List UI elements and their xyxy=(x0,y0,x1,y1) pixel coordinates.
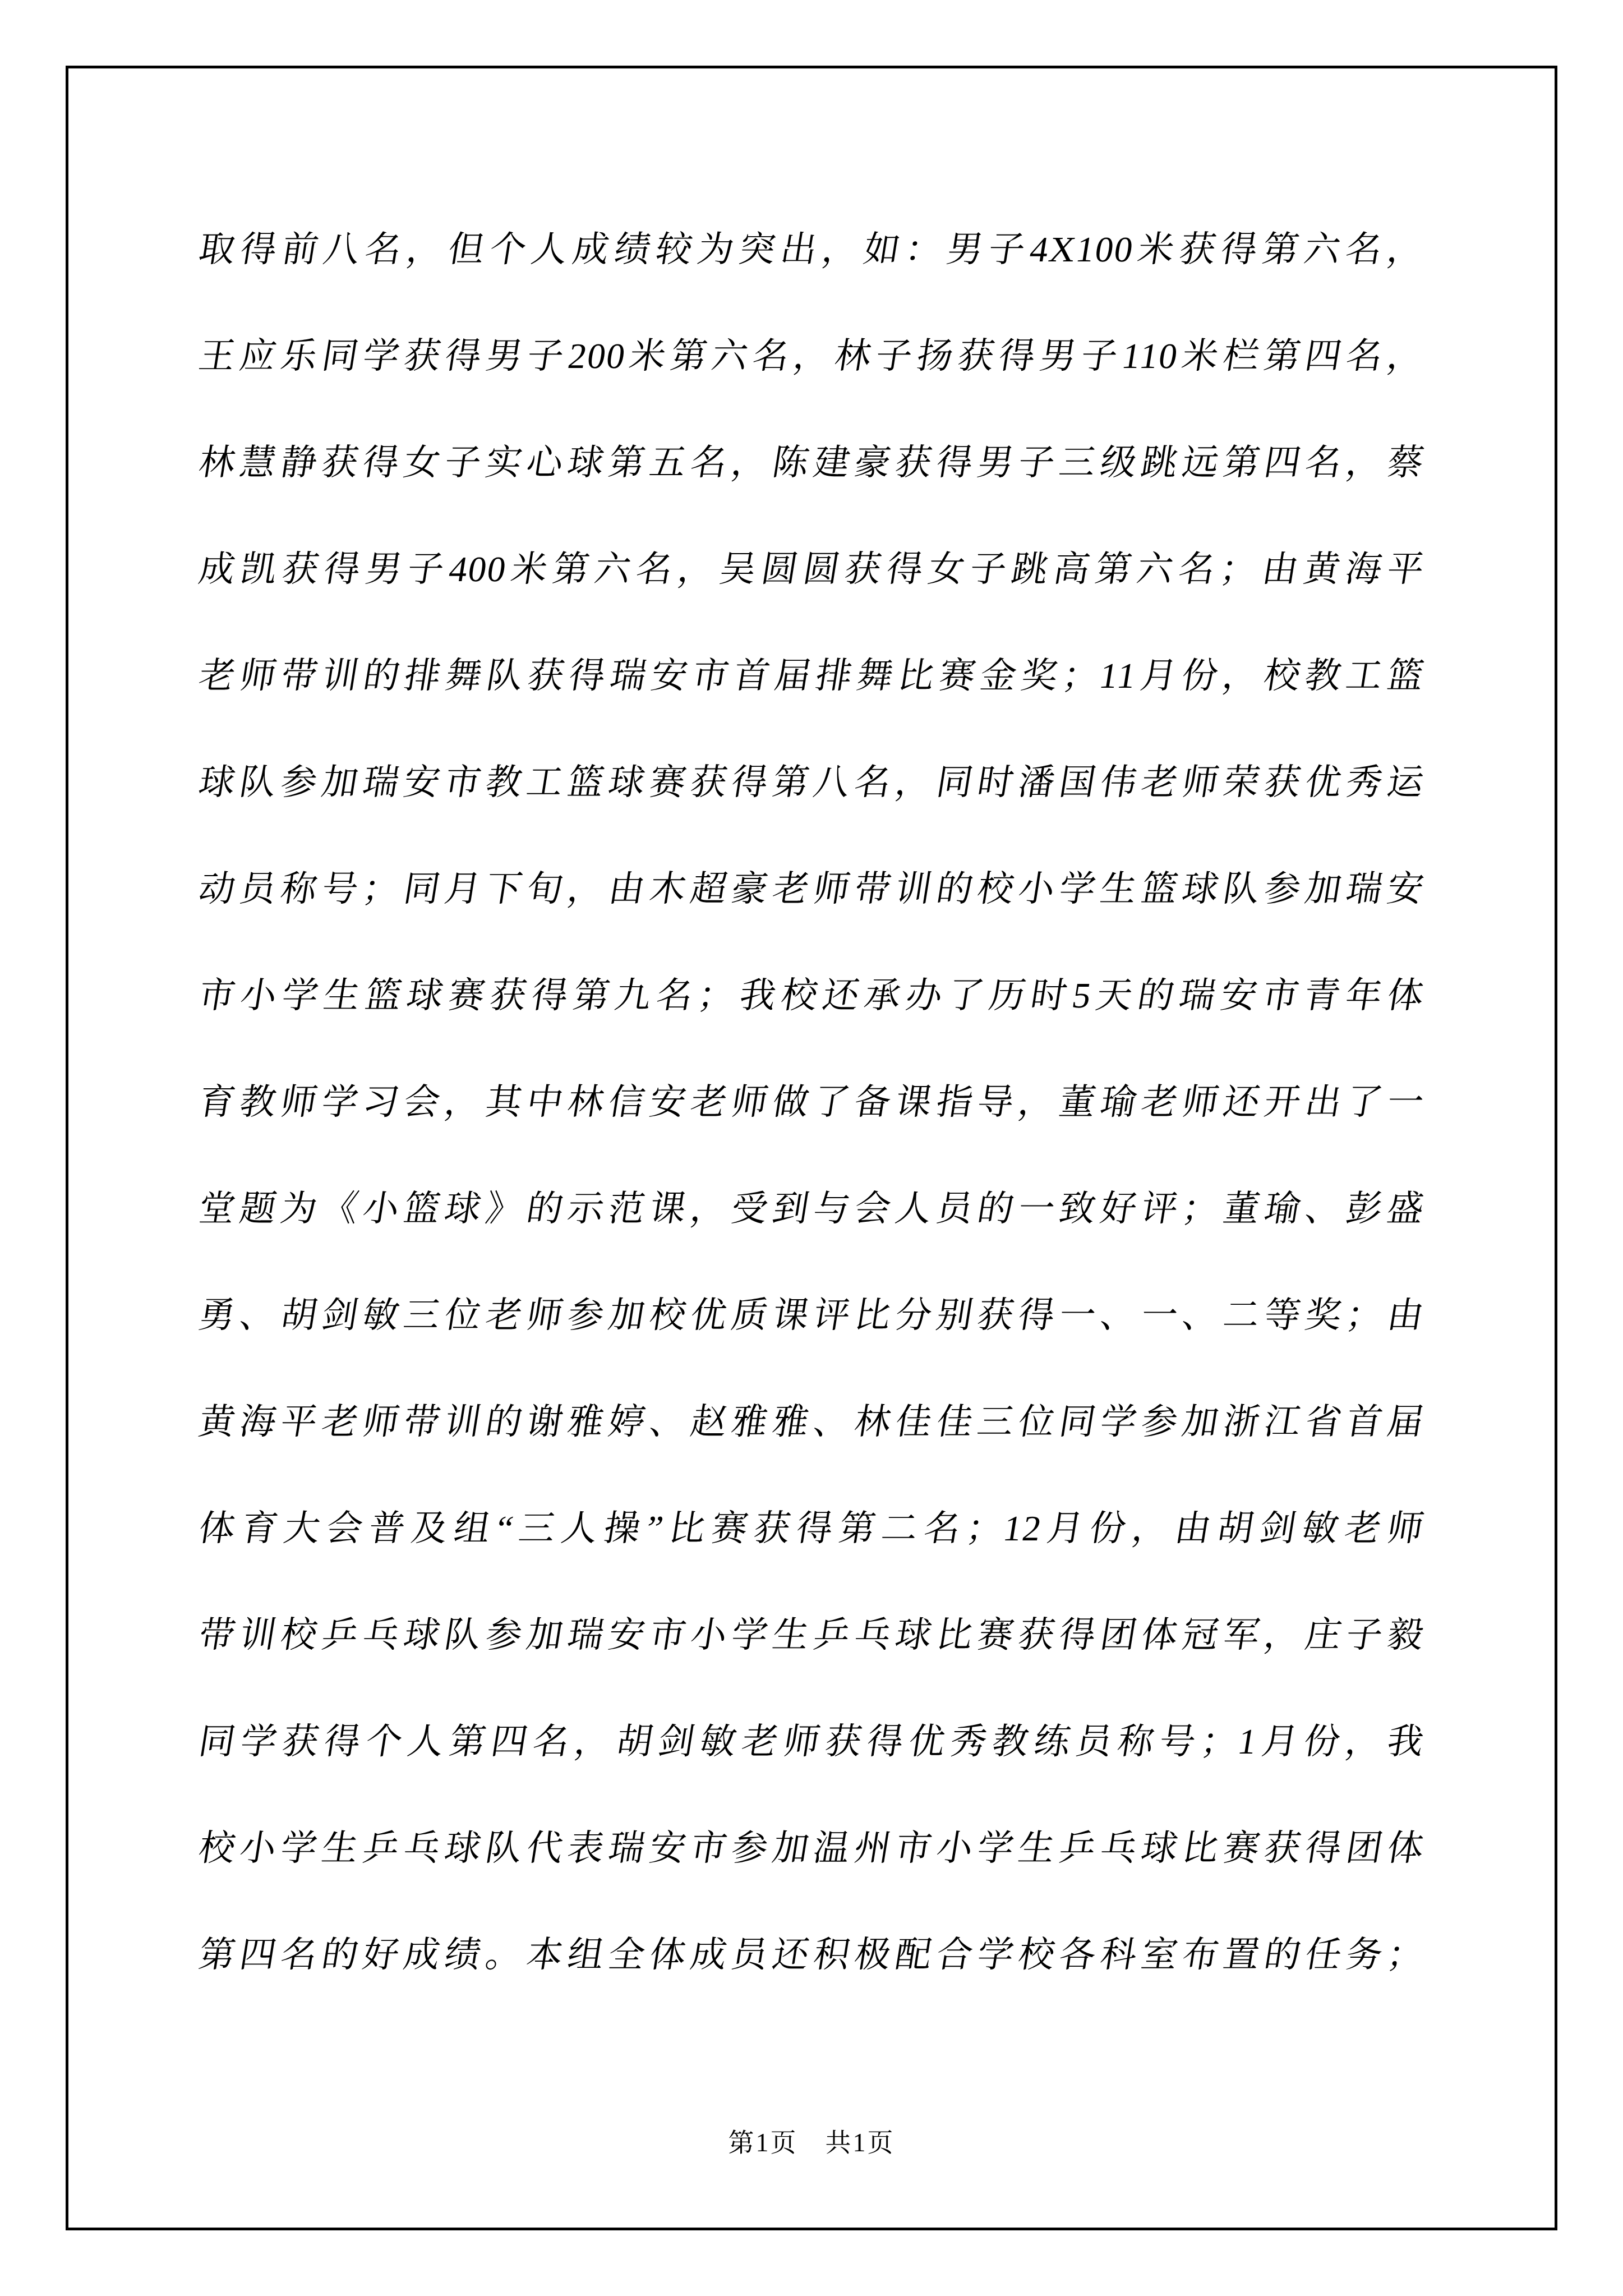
paragraph-line: 育教师学习会，其中林信安老师做了备课指导，董瑜老师还开出了一 xyxy=(191,1049,1433,1156)
paragraph-line: 动员称号；同月下旬，由木超豪老师带训的校小学生篮球队参加瑞安 xyxy=(191,836,1433,942)
page-number-footer: 第1页 共1页 xyxy=(0,2125,1623,2161)
paragraph-line: 成凯获得男子400米第六名，吴圆圆获得女子跳高第六名；由黄海平 xyxy=(191,516,1433,623)
paragraph-line: 林慧静获得女子实心球第五名，陈建豪获得男子三级跳远第四名，蔡 xyxy=(191,409,1433,516)
paragraph-line: 取得前八名，但个人成绩较为突出，如：男子4X100米获得第六名， xyxy=(191,196,1433,303)
paragraph-line: 老师带训的排舞队获得瑞安市首届排舞比赛金奖；11月份，校教工篮 xyxy=(191,623,1433,729)
paragraph-line: 第四名的好成绩。本组全体成员还积极配合学校各科室布置的任务； xyxy=(191,1902,1433,2008)
paragraph-line: 勇、胡剑敏三位老师参加校优质课评比分别获得一、一、二等奖；由 xyxy=(191,1262,1433,1369)
paragraph-line: 体育大会普及组“三人操”比赛获得第二名；12月份，由胡剑敏老师 xyxy=(191,1475,1433,1582)
paragraph-line: 市小学生篮球赛获得第九名；我校还承办了历时5天的瑞安市青年体 xyxy=(191,942,1433,1049)
paragraph-line: 带训校乒乓球队参加瑞安市小学生乒乓球比赛获得团体冠军，庄子毅 xyxy=(191,1582,1433,1688)
document-page: 取得前八名，但个人成绩较为突出，如：男子4X100米获得第六名， 王应乐同学获得… xyxy=(0,0,1623,2296)
paragraph-body: 取得前八名，但个人成绩较为突出，如：男子4X100米获得第六名， 王应乐同学获得… xyxy=(199,196,1424,2008)
paragraph-line: 球队参加瑞安市教工篮球赛获得第八名，同时潘国伟老师荣获优秀运 xyxy=(191,729,1433,836)
paragraph-line: 黄海平老师带训的谢雅婷、赵雅雅、林佳佳三位同学参加浙江省首届 xyxy=(191,1369,1433,1475)
paragraph-line: 校小学生乒乓球队代表瑞安市参加温州市小学生乒乓球比赛获得团体 xyxy=(191,1795,1433,1902)
paragraph-line: 同学获得个人第四名，胡剑敏老师获得优秀教练员称号；1月份，我 xyxy=(191,1688,1433,1795)
paragraph-line: 王应乐同学获得男子200米第六名，林子扬获得男子110米栏第四名， xyxy=(191,303,1433,409)
paragraph-line: 堂题为《小篮球》的示范课，受到与会人员的一致好评；董瑜、彭盛 xyxy=(191,1156,1433,1262)
